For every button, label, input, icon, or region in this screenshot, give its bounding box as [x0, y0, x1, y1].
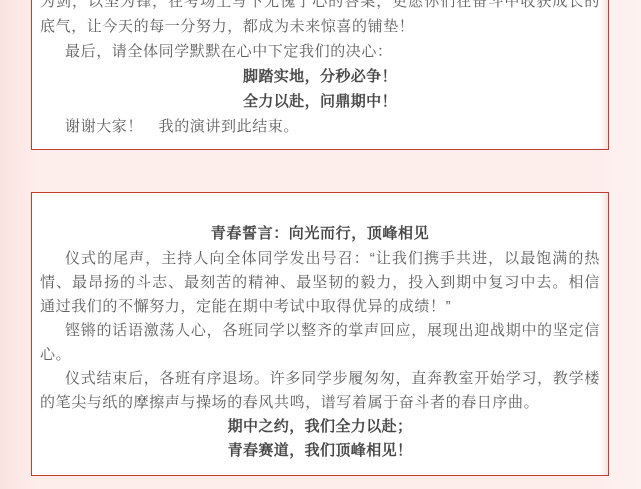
- speech-slogan-line-2: 全力以赴，问鼎期中！: [40, 89, 600, 114]
- pledge-slogan-line-1: 期中之约，我们全力以赴；: [40, 415, 600, 439]
- speech-conclusion-content: 为剑，以坚为锋，在考场上写下无愧于心的答案，更愿你们在奋斗中收获成长的底气，让今…: [40, 0, 600, 139]
- pledge-title: 青春誓言：向光而行，顶峰相见: [40, 221, 600, 247]
- youth-pledge-content: 青春誓言：向光而行，顶峰相见 仪式的尾声，主持人向全体同学发出号召：“让我们携手…: [40, 221, 600, 463]
- speech-continued-paragraph: 为剑，以坚为锋，在考场上写下无愧于心的答案，更愿你们在奋斗中收获成长的底气，让今…: [40, 0, 600, 39]
- speech-thanks-line: 谢谢大家！ 我的演讲到此结束。: [40, 114, 600, 139]
- speech-closing-call: 最后，请全体同学默默在心中下定我们的决心：: [40, 39, 600, 64]
- pledge-paragraph-3: 仪式结束后，各班有序退场。许多同学步履匆匆，直奔教室开始学习，教学楼的笔尖与纸的…: [40, 367, 600, 415]
- youth-pledge-card: 青春誓言：向光而行，顶峰相见 仪式的尾声，主持人向全体同学发出号召：“让我们携手…: [31, 192, 609, 476]
- pledge-slogan-line-2: 青春赛道，我们顶峰相见！: [40, 439, 600, 463]
- pledge-paragraph-1: 仪式的尾声，主持人向全体同学发出号召：“让我们携手共进，以最饱满的热情、最昂扬的…: [40, 247, 600, 319]
- speech-slogan-line-1: 脚踏实地，分秒必争！: [40, 64, 600, 89]
- speech-conclusion-card: 为剑，以坚为锋，在考场上写下无愧于心的答案，更愿你们在奋斗中收获成长的底气，让今…: [31, 0, 609, 150]
- pledge-paragraph-2: 铿锵的话语激荡人心，各班同学以整齐的掌声回应，展现出迎战期中的坚定信心。: [40, 319, 600, 367]
